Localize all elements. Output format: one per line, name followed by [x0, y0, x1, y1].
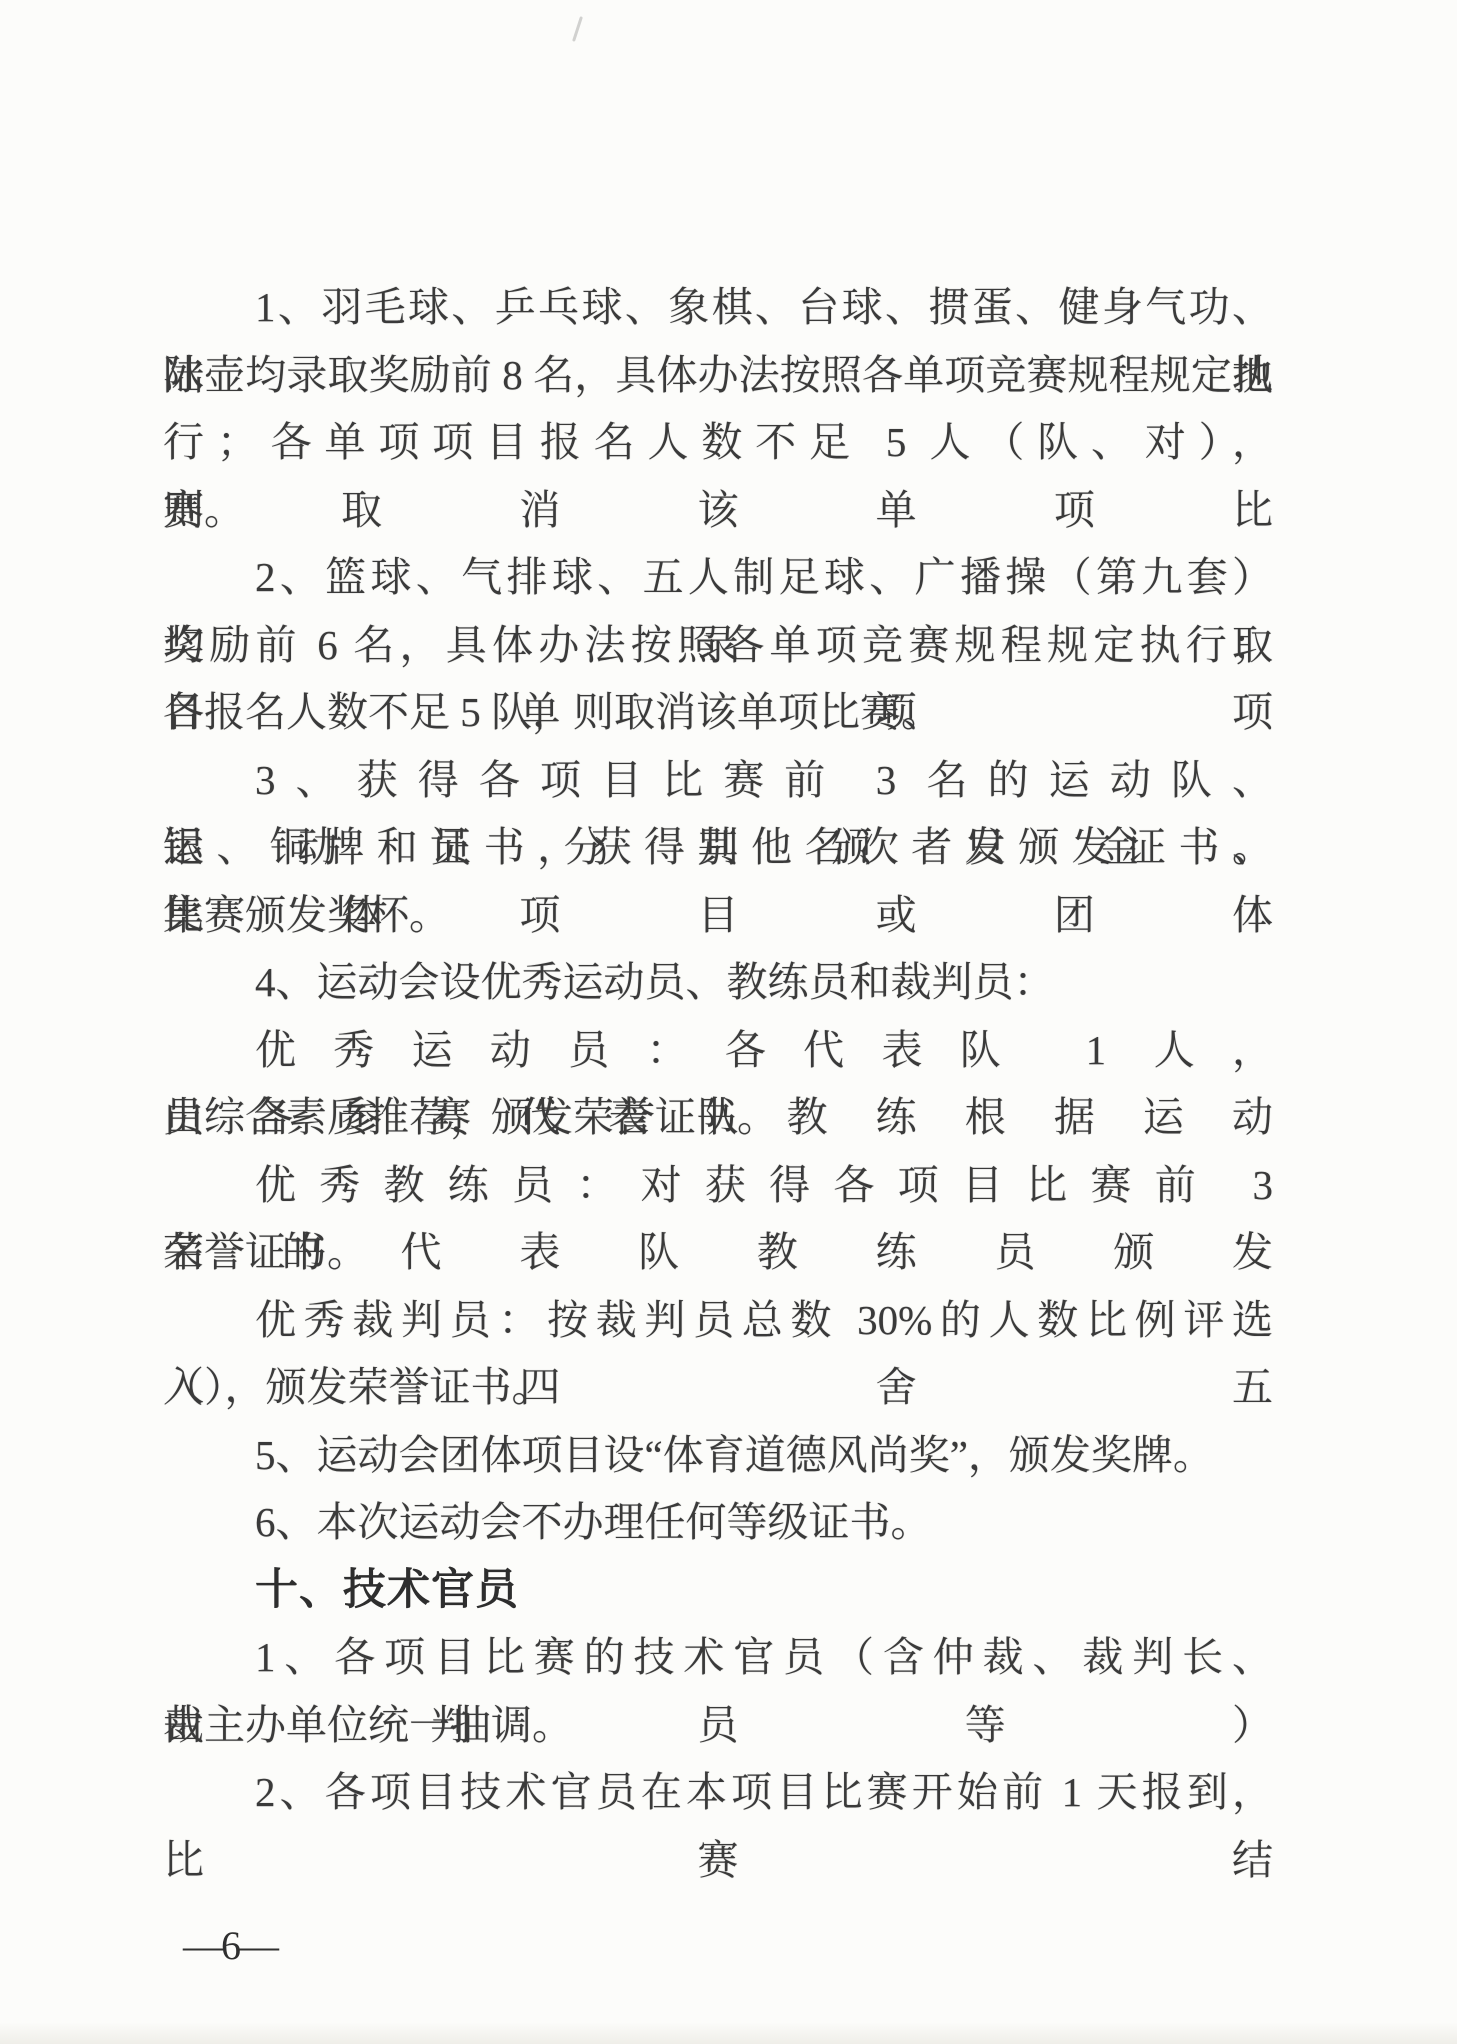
text-line: 优秀运动员：各代表队 1 人，由各参赛代表队教练根据运动 — [163, 1017, 1273, 1085]
text-line: 3、获得各项目比赛前 3 名的运动队、运动员分别颁发金、 — [163, 747, 1273, 815]
text-line: 行；各单项项目报名人数不足 5 人（队、对），则取消该单项比 — [163, 409, 1273, 477]
document-page: 1、羽毛球、乒乓球、象棋、台球、掼蛋、健身气功、陆地冰壶均录取奖励前 8 名，具… — [0, 0, 1457, 2044]
text-line: 5、运动会团体项目设“体育道德风尚奖”，颁发奖牌。 — [163, 1422, 1273, 1490]
text-line: 优秀教练员：对获得各项目比赛前 3 名的代表队教练员颁发 — [163, 1152, 1273, 1220]
text-line: 1、各项目比赛的技术官员（含仲裁、裁判长、裁判员等） — [163, 1624, 1273, 1692]
text-line: 2、篮球、气排球、五人制足球、广播操（第九套）均录取 — [163, 544, 1273, 612]
text-line: 6、本次运动会不办理任何等级证书。 — [163, 1489, 1273, 1557]
text-line: 冰壶均录取奖励前 8 名，具体办法按照各单项竞赛规程规定执 — [163, 342, 1273, 410]
page-number: —6— — [183, 1916, 277, 1976]
text-line: 1、羽毛球、乒乓球、象棋、台球、掼蛋、健身气功、陆地 — [163, 274, 1273, 342]
text-line: 银、铜牌和证书，获得其他名次者只颁发证书。集体项目或团体 — [163, 814, 1273, 882]
text-block: 1、羽毛球、乒乓球、象棋、台球、掼蛋、健身气功、陆地冰壶均录取奖励前 8 名，具… — [163, 274, 1273, 1827]
text-line: 优秀裁判员：按裁判员总数 30%的人数比例评选（四舍五 — [163, 1287, 1273, 1355]
text-line: 2、各项目技术官员在本项目比赛开始前 1 天报到，比赛结 — [163, 1759, 1273, 1827]
text-line: 4、运动会设优秀运动员、教练员和裁判员： — [163, 949, 1273, 1017]
scan-artifact-slash-mark — [572, 16, 583, 42]
text-line: 奖励前 6 名，具体办法按照各单项竞赛规程规定执行；各单项项 — [163, 612, 1273, 680]
section-heading: 十、技术官员 — [163, 1557, 1273, 1625]
scan-bottom-shade — [0, 2022, 1457, 2044]
